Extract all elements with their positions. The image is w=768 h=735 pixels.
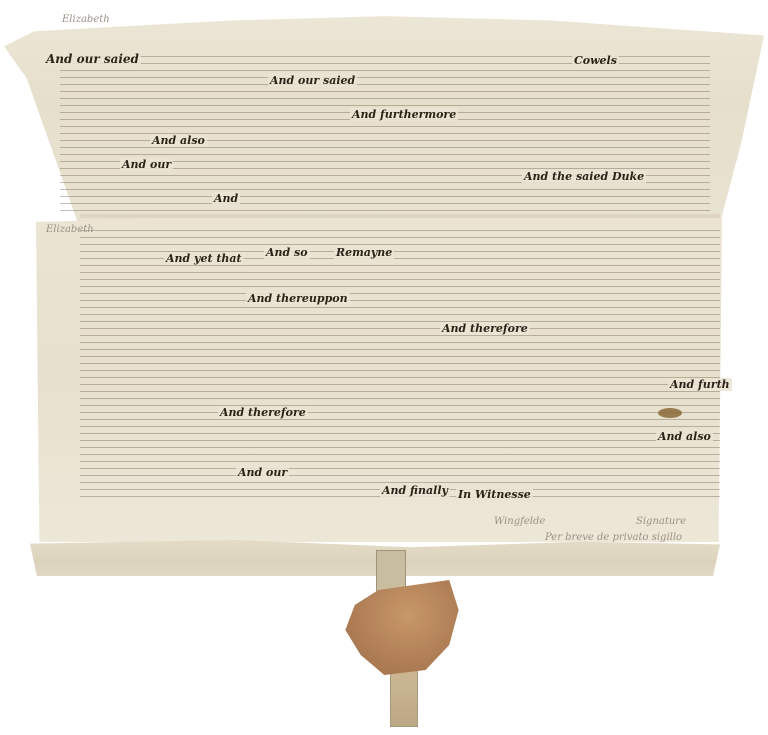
footer-note: Signature — [636, 516, 686, 527]
heading: And — [212, 192, 240, 205]
heading: And the saied Duke — [522, 170, 646, 183]
ink-stain — [658, 408, 682, 418]
heading: Remayne — [334, 246, 394, 259]
seal-tag-upper — [376, 550, 406, 592]
seal-tag-lower — [390, 670, 418, 727]
heading: And our saied — [268, 74, 357, 87]
heading: And our — [120, 158, 173, 171]
heading: And also — [150, 134, 207, 147]
heading: And furthermore — [350, 108, 458, 121]
heading: And yet that — [164, 252, 244, 265]
heading: And our saied — [44, 52, 141, 66]
heading: And thereuppon — [246, 292, 350, 305]
signature-margin: Elizabeth — [46, 224, 94, 235]
parchment-bottom-fold — [30, 540, 720, 576]
heading: In Witnesse — [456, 488, 533, 501]
signature-top: Elizabeth — [62, 14, 110, 25]
footer-note: Wingfelde — [494, 516, 545, 527]
heading: And furth — [668, 378, 732, 391]
heading: And finally — [380, 484, 450, 497]
footer-note: Per breve de privato sigillo — [545, 532, 682, 543]
handwritten-text-main — [80, 226, 720, 498]
heading: And our — [236, 466, 289, 479]
wax-seal-icon — [343, 575, 461, 675]
heading: Cowels — [572, 54, 619, 67]
document-photo: Elizabeth Elizabeth And our saied And ou… — [0, 0, 768, 735]
heading: And also — [656, 430, 713, 443]
heading: And therefore — [218, 406, 308, 419]
heading: And therefore — [440, 322, 530, 335]
heading: And so — [264, 246, 310, 259]
